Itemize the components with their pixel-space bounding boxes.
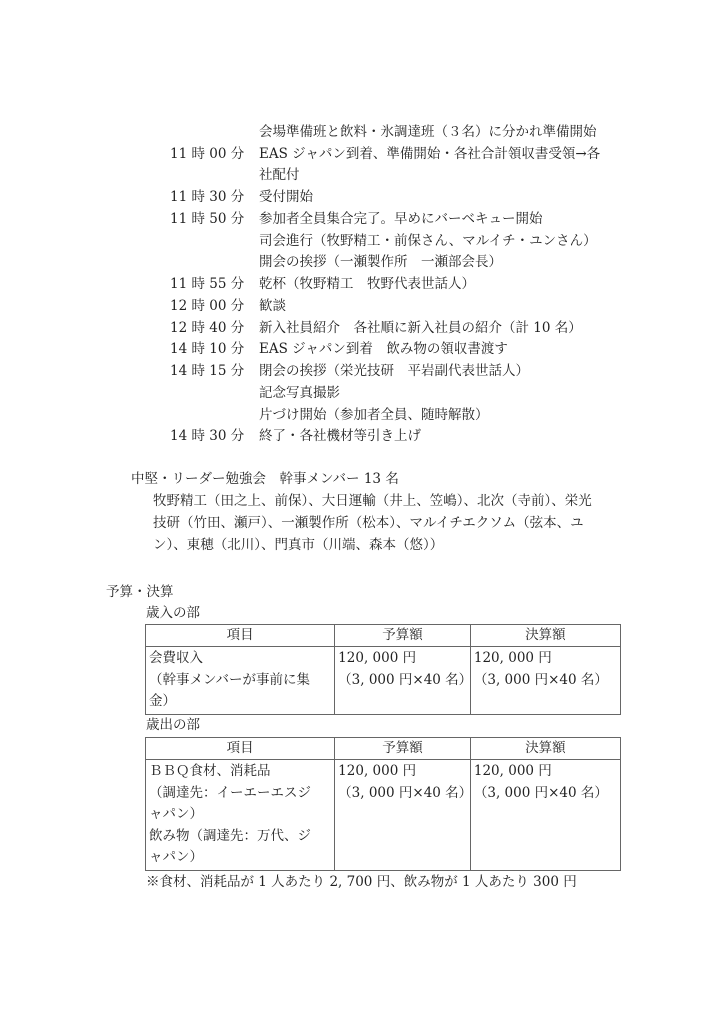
schedule-desc: 開会の挨拶（一瀬製作所 一瀬部会長） <box>259 251 502 273</box>
schedule-time: 14 時 30 分 <box>170 425 244 447</box>
schedule-time: 11 時 30 分 <box>170 186 244 208</box>
schedule-desc: 参加者全員集合完了。早めにバーベキュー開始 <box>259 208 543 230</box>
schedule-desc: 司会進行（牧野精工・前保さん、マルイチ・ユンさん） <box>259 230 597 252</box>
cell-item: ＢＢＱ食材、消耗品 （調達先：イーエーエスジ ャパン） 飲み物（調達先：万代、ジ… <box>146 760 335 871</box>
members-heading: 中堅・リーダー勉強会 幹事メンバー 13 名 <box>131 468 399 490</box>
table-header-row: 項目 予算額 決算額 <box>146 738 621 760</box>
cell-actual: 120, 000 円 （3, 000 円×40 名） <box>470 760 620 871</box>
header-item: 項目 <box>146 738 335 760</box>
schedule-desc: 社配付 <box>259 164 300 186</box>
budget-note: ※食材、消耗品が 1 人あたり 2, 700 円、飲み物が 1 人あたり 300… <box>146 871 577 893</box>
schedule-desc: 乾杯（牧野精工 牧野代表世話人） <box>259 273 475 295</box>
members-line: 技研（竹田、瀬戸）、一瀬製作所（松本）、マルイチエクソム（弦本、ユ <box>153 512 584 534</box>
cell-budget: 120, 000 円 （3, 000 円×40 名） <box>335 760 471 871</box>
members-line: 牧野精工（田之上、前保）、大日運輸（井上、笠嶋）、北次（寺前）、栄光 <box>153 490 592 512</box>
header-budget: 予算額 <box>335 738 471 760</box>
cell-budget: 120, 000 円 （3, 000 円×40 名） <box>335 647 471 715</box>
table-header-row: 項目 予算額 決算額 <box>146 625 621 647</box>
schedule-time: 12 時 40 分 <box>170 317 244 339</box>
schedule-time: 11 時 55 分 <box>170 273 244 295</box>
schedule-time: 11 時 50 分 <box>170 208 244 230</box>
budget-heading: 予算・決算 <box>106 581 174 603</box>
schedule-time: 14 時 15 分 <box>170 360 244 382</box>
expense-table: 項目 予算額 決算額 ＢＢＱ食材、消耗品 （調達先：イーエーエスジ ャパン） 飲… <box>145 737 621 871</box>
schedule-desc: 歓談 <box>259 295 286 317</box>
header-budget: 予算額 <box>335 625 471 647</box>
schedule-desc: 閉会の挨拶（栄光技研 平岩副代表世話人） <box>259 360 529 382</box>
schedule-desc: 終了・各社機材等引き上げ <box>259 425 421 447</box>
schedule-desc: EAS ジャパン到着、準備開始・各社合計領収書受領→各 <box>259 143 600 165</box>
expense-label: 歳出の部 <box>146 714 200 736</box>
schedule-time: 11 時 00 分 <box>170 143 244 165</box>
schedule-desc: 受付開始 <box>259 186 313 208</box>
schedule-preface: 会場準備班と飲料・氷調達班（３名）に分かれ準備開始 <box>259 121 597 143</box>
schedule-desc: 新入社員紹介 各社順に新入社員の紹介（計 10 名） <box>259 317 582 339</box>
header-actual: 決算額 <box>470 625 620 647</box>
schedule-time: 12 時 00 分 <box>170 295 244 317</box>
schedule-time: 14 時 10 分 <box>170 338 244 360</box>
income-label: 歳入の部 <box>146 602 200 624</box>
table-row: ＢＢＱ食材、消耗品 （調達先：イーエーエスジ ャパン） 飲み物（調達先：万代、ジ… <box>146 760 621 871</box>
cell-item: 会費収入 （幹事メンバーが事前に集 金） <box>146 647 335 715</box>
cell-actual: 120, 000 円 （3, 000 円×40 名） <box>470 647 620 715</box>
schedule-desc: 片づけ開始（参加者全員、随時解散） <box>259 404 489 426</box>
table-row: 会費収入 （幹事メンバーが事前に集 金） 120, 000 円 （3, 000 … <box>146 647 621 715</box>
schedule-desc: EAS ジャパン到着 飲み物の領収書渡す <box>259 338 508 360</box>
header-actual: 決算額 <box>470 738 620 760</box>
members-line: ン）、東穂（北川）、門真市（川端、森本（悠）） <box>153 534 443 556</box>
income-table: 項目 予算額 決算額 会費収入 （幹事メンバーが事前に集 金） 120, 000… <box>145 624 621 715</box>
schedule-desc: 記念写真撮影 <box>259 382 340 404</box>
header-item: 項目 <box>146 625 335 647</box>
